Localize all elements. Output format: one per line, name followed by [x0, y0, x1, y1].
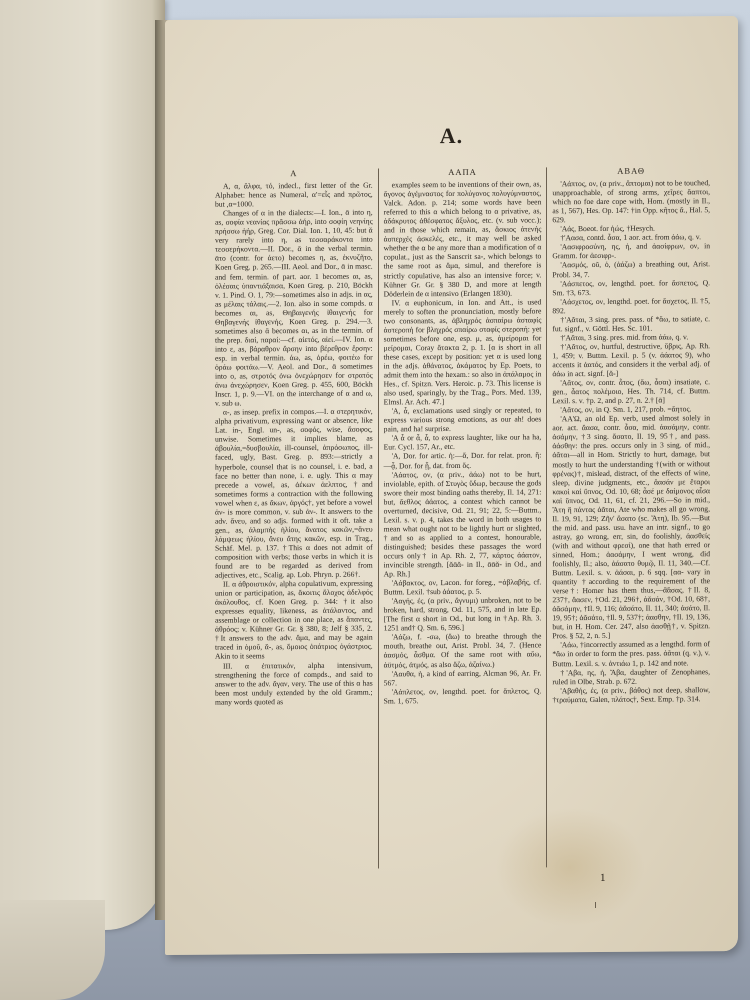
entry-paragraph: 'Αασμός, οῦ, ὁ, (ἀάζω) a breathing out, …: [552, 260, 710, 279]
entry-paragraph: 'Αάω, †incorrectly assumed as a lengthd.…: [552, 640, 710, 668]
entry-paragraph: 'Α ἆ or ἆ, ἆ, to express laughter, like …: [384, 433, 542, 452]
entry-paragraph: 'Αασιφροσύνη, ης, ἡ, and ἀασίφρων, ον, i…: [552, 242, 710, 261]
entry-paragraph: examples seem to be inventions of their …: [384, 179, 542, 298]
entry-paragraph: 'Αάπτος, ον, (α priv., ἅπτομαι) not to b…: [552, 178, 710, 224]
left-page-curl: [0, 900, 105, 1000]
text-columns: A A, α, ἄλφα, τό, indecl., first letter …: [210, 166, 715, 870]
entry-paragraph: 'Α, Dor. for artic. ἡ:—ἅ, Dor. for relat…: [384, 451, 542, 470]
entry-paragraph: A, α, ἄλφα, τό, indecl., first letter of…: [215, 181, 373, 209]
entry-paragraph: 'Αάατος, ον, (α priv., ἀάω) not to be hu…: [384, 469, 542, 579]
column-1: A A, α, ἄλφα, τό, indecl., first letter …: [210, 169, 378, 870]
entry-paragraph: 'ΑΑ'Ω, an old Ep. verb, used almost sole…: [552, 413, 710, 640]
lexicon-page: A. A A, α, ἄλφα, τό, indecl., first lett…: [165, 16, 738, 955]
entry-paragraph: II. α ἀθροιστικόν, alpha copulativum, ex…: [215, 579, 373, 662]
column-3: ΑΒΑΘ 'Αάπτος, ον, (α priv., ἅπτομαι) not…: [546, 166, 715, 867]
section-letter-title: A.: [165, 121, 738, 151]
entry-paragraph: 'Αάσπετος, ον, lengthd. poet. for ἄσπετο…: [552, 278, 710, 297]
entry-paragraph: α-, as insep. prefix in compos.—I. α στε…: [215, 407, 373, 580]
entry-paragraph: Changes of α in the dialects:—I. Ion., ᾱ…: [215, 208, 373, 408]
column-running-head: ΑΑΠΑ: [384, 167, 542, 177]
entry-paragraph: †'Αβα, ης, ἡ, Ἄβα, daughter of Zenophane…: [552, 667, 710, 686]
column-2: ΑΑΠΑ examples seem to be inventions of t…: [378, 167, 547, 868]
column-running-head: A: [215, 169, 373, 179]
entry-paragraph: 'Α, ἆ, exclamations used singly or repea…: [384, 406, 542, 434]
entry-paragraph: †'Αᾶτος, ον, hurtful, destructive, ὕβρις…: [552, 341, 710, 378]
entry-paragraph: III. α ἐπιτατικόν, alpha intensivum, str…: [215, 660, 373, 706]
entry-paragraph: 'Αάβακτος, ον, Lacon. for foreg., =ἀβλαβ…: [384, 577, 542, 596]
column-running-head: ΑΒΑΘ: [552, 166, 710, 176]
entry-paragraph: 'Αάζω, f. -σω, (ἄω) to breathe through t…: [384, 632, 542, 669]
left-page-edge: [0, 0, 165, 930]
entry-paragraph: 'Ααγής, ές, (α priv., ἄγνυμι) unbroken, …: [384, 596, 542, 633]
entry-paragraph: 'Αάπλετος, ον, lengthd. poet. for ἄπλετο…: [384, 686, 542, 705]
page-number: 1: [600, 872, 606, 884]
signature-mark: [595, 902, 596, 908]
entry-paragraph: 'Αᾶτος, ον, contr. ἆτος, (ἄω, ἆσαι) insa…: [552, 377, 710, 405]
entry-paragraph: IV. α euphonicum, in Ion. and Att., is u…: [384, 297, 542, 407]
entry-paragraph: 'Αβαθής, ές, (α priv., βάθος) not deep, …: [552, 685, 710, 704]
entry-paragraph: 'Ααυθα, ἡ, a kind of earring, Alcman 96,…: [384, 668, 542, 687]
entry-paragraph: †'Αᾶται, 3 sing. pres. pass. of *ἄω, to …: [552, 314, 710, 333]
entry-paragraph: 'Αάσχετος, ον, lengthd. poet. for ἄσχετο…: [552, 296, 710, 315]
